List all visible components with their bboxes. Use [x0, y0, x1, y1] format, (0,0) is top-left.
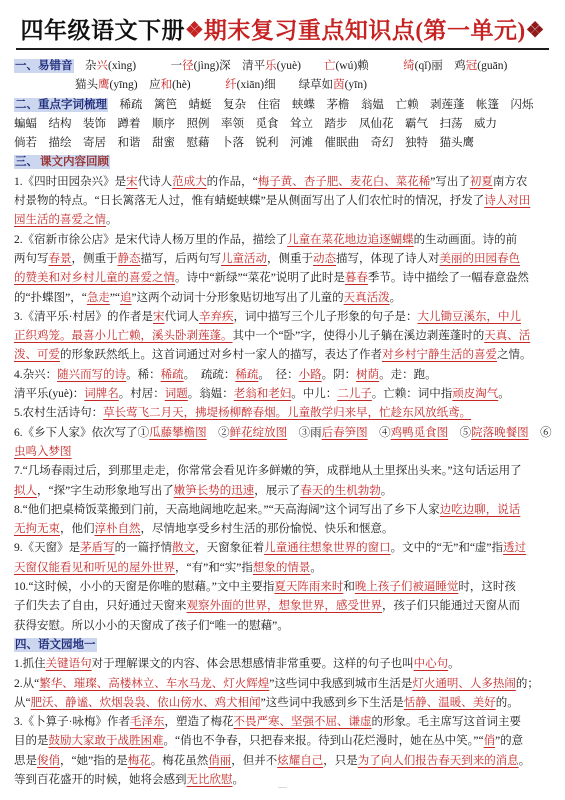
key-phrase: 静态: [118, 253, 141, 265]
text-run: 茵: [333, 79, 345, 91]
text-run: 。亡赖：词中指: [372, 388, 453, 400]
title-review-topic: 期末复习重点知识点(第一单元): [204, 18, 526, 43]
key-phrase: 辛弃疾: [199, 311, 234, 323]
key-phrase: 繁华、璀璨、高楼林立、车水马龙、灯火辉煌: [39, 678, 269, 690]
text-run: 纤: [225, 79, 237, 91]
text-run: ，尽情地享受乡村生活的那份愉悦、快乐和惬意。: [141, 523, 394, 535]
key-phrase: 透过: [503, 542, 526, 554]
key-phrase: 稀疏: [235, 369, 258, 381]
text-line: 二、重点字词梳理 稀疏 篱笆 蜻蜓 复杂 住宿 蛱蝶 茅檐 翁媪 亡赖 剥莲蓬 …: [14, 96, 551, 115]
text-line: 三、课文内容回顾: [14, 153, 551, 172]
text-line: 天窗仅能看见和听见的屋外世界，“有”和“实”指想象的情景。: [14, 559, 551, 578]
text-run: 获得安慰。所以小小的天窗成了孩子们“唯一的慰藉”。: [14, 620, 289, 632]
text-line: 3.《清平乐·村居》的作者是宋代词人辛弃疾，词中描写三个儿子形象的句子是：大儿锄…: [14, 308, 551, 327]
text-run: ，“她”指的是: [60, 755, 128, 767]
text-run: 子们失去了自由，只好通过天窗来: [14, 600, 187, 612]
text-line: 猫头鹰(yīng) 应和(hè) 纤(xiān)细 绿草如茵(yīn): [14, 76, 551, 95]
key-phrase: 院落晚餐图: [471, 427, 529, 439]
text-run: 8.“他们把桌椅饭菜搬到门前，天高地阔地吃起来。”“天高海阔”这个词写出了乡下人…: [14, 504, 440, 516]
text-run: 兴: [97, 60, 109, 72]
text-line: 的赞美和对乡村儿童的喜爱之情。诗中“新绿”“菜花”说明了此时是暮春季节。诗中描绘…: [14, 269, 551, 288]
text-run: 9.《天窗》是: [14, 542, 80, 554]
diamond-icon: ❖: [526, 18, 545, 42]
key-phrase: 动态: [313, 253, 336, 265]
text-run: ⑤: [448, 427, 471, 439]
text-run: ，孩子们只能通过天窗从而: [382, 600, 520, 612]
key-phrase: 暮春: [345, 272, 368, 284]
text-run: 鹰: [98, 79, 110, 91]
text-run: ，但并不: [231, 755, 277, 767]
key-phrase: 诗人对田: [484, 195, 530, 207]
text-run: ，只是: [323, 755, 358, 767]
text-run: 目的是: [14, 735, 49, 747]
key-phrase: 不畏严寒、坚强不屈、谦虚: [233, 716, 371, 728]
text-run: 对于理解课文的内容、体会思想感情非常重要。这样的句子也叫: [92, 658, 414, 670]
section-header: 课文内容回顾: [39, 155, 110, 169]
key-phrase: 的赞美和对乡村儿童的喜爱之情: [14, 272, 175, 284]
text-run: 冠: [466, 60, 478, 72]
page-title: 四年级语文下册❖期末复习重点知识点(第一单元)❖: [16, 0, 549, 50]
text-run: 2.从“: [14, 678, 39, 690]
key-phrase: 儿童通往想象世界的窗口: [264, 542, 391, 554]
text-run: 。: [448, 658, 460, 670]
text-run: 描写，后两句写: [141, 253, 222, 265]
key-phrase: 炫耀自己: [277, 755, 323, 767]
text-run: 南方农: [493, 176, 528, 188]
text-run: ”写出了: [430, 176, 470, 188]
text-run: 。 径：: [258, 369, 298, 381]
key-phrase: 宋: [153, 311, 165, 323]
key-phrase: 恬静、温暖、美好: [404, 697, 496, 709]
key-phrase: 梅花: [128, 755, 151, 767]
text-run: ，侧重于: [267, 253, 313, 265]
key-phrase: 儿童活动: [221, 253, 267, 265]
key-phrase: 茅盾写: [80, 542, 115, 554]
key-phrase: 俏丽: [208, 755, 231, 767]
key-phrase: 宋: [126, 176, 138, 188]
text-run: (wú)赖: [335, 60, 403, 72]
text-run: ，塑造了梅花: [164, 716, 233, 728]
key-phrase: 毛泽东: [130, 716, 165, 728]
text-line: 拟人，“探”字生动形象地写出了嫩笋长势的迅速，展示了春天的生机勃勃。: [14, 482, 551, 501]
text-run: 。: [519, 755, 531, 767]
text-run: 倘若 描绘 寄居 和谐 甜蜜 慰藉 卜落 锐利 河滩 催眠曲 奇幻 独特 猫头鹰: [14, 137, 474, 149]
text-run: ，天窗象征着: [195, 542, 264, 554]
text-run: (qǐ)丽 鸡: [415, 60, 466, 72]
key-phrase: 美丽的田园春色: [440, 253, 521, 265]
text-line: 泼、可爱的形象跃然纸上。这首词通过对乡村一家人的描写，表达了作者对乡村宁静生活的…: [14, 346, 551, 365]
text-run: 之情。: [497, 349, 532, 361]
text-run: ，“探”字生动形象地写出了: [37, 485, 174, 497]
key-phrase: 虫鸣入梦图: [14, 446, 72, 458]
key-phrase: 大儿锄豆溪东，中儿: [417, 311, 521, 323]
key-phrase: 边吃边聊，说话: [440, 504, 521, 516]
text-run: 5.农村生活诗句：: [14, 407, 103, 419]
text-run: ”“: [110, 292, 120, 304]
key-phrase: 夏天阵雨来时: [274, 581, 343, 593]
text-run: 清平乐(yuè)：: [14, 388, 84, 400]
key-phrase: 追: [120, 292, 132, 304]
text-line: 村景物的特点。“日长篱落无人过，惟有蜻蜓蛱蝶”是从侧面写出了人们农忙时的情况，抒…: [14, 192, 551, 211]
text-run: (yuè): [277, 60, 324, 72]
text-line: 目的是鼓励大家敢于战胜困难。“俏也不争春，只把春来报。待到山花烂漫时，她在丛中笑…: [14, 732, 551, 751]
text-run: ，词中描写三个儿子形象的句子是：: [233, 311, 417, 323]
text-run: 10.“这时候，小小的天窗是你唯的慰藉。”文中主要指: [14, 581, 274, 593]
text-run: ，“有”和“实”指: [175, 562, 253, 574]
worksheet-page: 四年级语文下册❖期末复习重点知识点(第一单元)❖ 一、易错音 杂兴(xìng) …: [0, 0, 565, 800]
text-line: 1.抓住关键语句对于理解课文的内容、体会思想感情非常重要。这样的句子也叫中心句。: [14, 655, 551, 674]
text-run: ”这些词中我感到城市生活是: [269, 678, 412, 690]
key-phrase: 小路: [299, 369, 322, 381]
text-line: 7.“几场春雨过后，到那里走走，你常常会看见许多鲜嫩的笋，成群地从土里探出头来。…: [14, 462, 551, 481]
text-line: 2.从“繁华、璀璨、高楼林立、车水马龙、灯火辉煌”这些词中我感到城市生活是灯火通…: [14, 675, 551, 694]
section-header: 四、语文园地一: [14, 638, 97, 652]
key-phrase: 二儿子: [337, 388, 372, 400]
text-run: ，侧重于: [72, 253, 118, 265]
text-run: 从“: [14, 697, 31, 709]
text-run: ，他们: [60, 523, 95, 535]
text-line: 正织鸡笼。最喜小儿亡赖，溪头卧剥莲蓬。其中一个“卧”字，使得小儿子躺在溪边剥莲蓬…: [14, 327, 551, 346]
key-phrase: 为了向人们报告春天到来的消息: [358, 755, 519, 767]
text-run: 1.《四时田园杂兴》是: [14, 176, 126, 188]
text-run: 和: [161, 79, 173, 91]
text-run: 3.《清平乐·村居》的作者是: [14, 311, 153, 323]
key-phrase: 词牌名: [84, 388, 119, 400]
text-run: ④: [368, 427, 391, 439]
text-run: 3.《卜算子·咏梅》作者: [14, 716, 130, 728]
text-run: 季节。诗中描绘了一幅春意盎然: [368, 272, 529, 284]
text-run: 2.《宿新市徐公店》是宋代诗人杨万里的作品，描绘了: [14, 234, 287, 246]
text-run: 。走：跑。: [379, 369, 437, 381]
text-run: 思是: [14, 755, 37, 767]
text-run: ”这些词中我感到乡下生活是: [261, 697, 404, 709]
text-run: (xìng) 一: [108, 60, 182, 72]
key-phrase: 对乡村宁静生活的喜爱: [382, 349, 497, 361]
text-run: 杂: [74, 60, 97, 72]
text-run: 时，这时孩: [458, 581, 516, 593]
key-phrase: 天真活泼: [344, 292, 390, 304]
text-run: (yīng) 应: [110, 79, 161, 91]
text-run: 。翁媪：: [188, 388, 234, 400]
section-header: 二、重点字词梳理: [14, 98, 108, 112]
text-run: 代词人: [164, 311, 199, 323]
text-line: 6.《乡下人家》依次写了①瓜藤攀檐图 ②鲜花绽放图 ③雨后春笋图 ④鸡鸭觅食图 …: [14, 424, 551, 443]
text-run: 。文中的“无”和“虚”指: [391, 542, 503, 554]
text-line: 清平乐(yuè)：词牌名。村居：词题。翁媪：老翁和老妇。中儿：二儿子。亡赖：词中…: [14, 385, 551, 404]
text-run: 其中一个“卧”字，使得小儿子躺在溪边剥莲蓬时的: [233, 330, 485, 342]
text-run: 稀疏 篱笆 蜻蜓 复杂 住宿 蛱蝶 茅檐 翁媪 亡赖 剥莲蓬 帐篷 闪烁: [108, 99, 534, 111]
text-run: 。诗中“新绿”“菜花”说明了此时是: [175, 272, 345, 284]
text-line: 无拘无束，他们淳朴自然，尽情地享受乡村生活的那份愉悦、快乐和惬意。: [14, 520, 551, 539]
key-phrase: 稀疏: [161, 369, 184, 381]
key-phrase: 拟人: [14, 485, 37, 497]
key-phrase: 俏: [484, 735, 496, 747]
text-run: 4.杂兴：: [14, 369, 57, 381]
key-phrase: 梅子黄、杏子肥、麦花白、菜花稀: [258, 176, 431, 188]
text-run: 的形象。毛主席写这首词主要: [371, 716, 521, 728]
text-run: 。中儿：: [291, 388, 337, 400]
text-run: 描写，体现了诗人对: [336, 253, 440, 265]
key-phrase: 鲜花绽放图: [230, 427, 288, 439]
key-phrase: 灯火通明、人多热闹: [412, 678, 516, 690]
text-run: 。“俏也不争春，只把春来报。待到山花烂漫时，她在丛中笑。”“: [164, 735, 484, 747]
text-run: ②: [207, 427, 230, 439]
text-run: 1.抓住: [14, 658, 46, 670]
key-phrase: 关键语句: [46, 658, 92, 670]
text-run: 的。: [496, 697, 519, 709]
text-line: 倘若 描绘 寄居 和谐 甜蜜 慰藉 卜落 锐利 河滩 催眠曲 奇幻 独特 猫头鹰: [14, 134, 551, 153]
key-phrase: 观察外面的世界，想象世界，感受世界: [187, 600, 383, 612]
text-line: 8.“他们把桌椅饭菜搬到门前，天高地阔地吃起来。”“天高海阔”这个词写出了乡下人…: [14, 501, 551, 520]
text-run: ⑥: [529, 427, 552, 439]
text-run: 。稀：: [126, 369, 161, 381]
text-run: 。: [310, 562, 322, 574]
key-phrase: 想象的情景: [253, 562, 311, 574]
key-phrase: 肥沃、静谧、炊烟袅袅、依山傍水、鸡犬相闻: [31, 697, 261, 709]
text-run: 村景物的特点。“日长篱落无人过，惟有蜻蜓蛱蝶”是从侧面写出了人们农忙时的情况，抒…: [14, 195, 484, 207]
key-phrase: 鸡鸭觅食图: [391, 427, 449, 439]
key-phrase: 顽皮淘气: [452, 388, 498, 400]
text-line: 2.《宿新市徐公店》是宋代诗人杨万里的作品，描绘了儿童在菜花地边追逐蝴蝶的生动画…: [14, 231, 551, 250]
text-line: 一、易错音 杂兴(xìng) 一径(jìng)深 清平乐(yuè) 亡(wú)赖…: [14, 57, 551, 76]
text-line: 1.《四时田园杂兴》是宋代诗人范成大的作品，“梅子黄、杏子肥、麦花白、菜花稀”写…: [14, 173, 551, 192]
text-line: 获得安慰。所以小小的天窗成了孩子们“唯一的慰藉”。: [14, 617, 551, 636]
text-run: 。: [381, 485, 393, 497]
text-line: 四、语文园地一: [14, 636, 551, 655]
text-run: 。: [106, 214, 118, 226]
text-run: 的“扑蝶图”，“: [14, 292, 87, 304]
text-line: 园生活的喜爱之情。: [14, 211, 551, 230]
key-phrase: 正织鸡笼。最喜小儿亡赖，溪头卧剥莲蓬。: [14, 330, 233, 342]
text-run: 和: [343, 581, 355, 593]
text-line: 两句写春景，侧重于静态描写，后两句写儿童活动，侧重于动态描写，体现了诗人对美丽的…: [14, 250, 551, 269]
text-run: 代诗人: [138, 176, 173, 188]
key-phrase: 急走: [87, 292, 110, 304]
key-phrase: 草长莺飞二月天，拂堤杨柳醉春烟。儿童散学归来早，忙趁东风放纸鸢。: [103, 407, 471, 419]
page-footer-mark: —: [0, 782, 565, 792]
text-run: 径: [182, 60, 194, 72]
key-phrase: 中心句: [414, 658, 449, 670]
key-phrase: 春天的生机勃勃: [300, 485, 381, 497]
text-line: 4.杂兴：随兴而写的诗。稀：稀疏。 疏疏：稀疏。 径：小路。阴：树荫。走：跑。: [14, 366, 551, 385]
text-run: 。梅花虽然: [151, 755, 209, 767]
diamond-icon: ❖: [185, 18, 204, 42]
key-phrase: 无拘无束: [14, 523, 60, 535]
text-line: 9.《天窗》是茅盾写的一篇抒情散文，天窗象征着儿童通往想象世界的窗口。文中的“无…: [14, 539, 551, 558]
document-body: 一、易错音 杂兴(xìng) 一径(jìng)深 清平乐(yuè) 亡(wú)赖…: [0, 50, 565, 790]
key-phrase: 词题: [165, 388, 188, 400]
key-phrase: 老翁和老妇: [234, 388, 292, 400]
text-run: 猫头: [75, 79, 98, 91]
text-run: (hè): [172, 79, 225, 91]
key-phrase: 园生活的喜爱之情: [14, 214, 106, 226]
text-run: 7.“几场春雨过后，到那里走走，你常常会看见许多鲜嫩的笋，成群地从土里探出头来。…: [14, 465, 522, 477]
key-phrase: 春景: [49, 253, 72, 265]
text-run: (xiān)细 绿草如: [237, 79, 333, 91]
key-phrase: 鼓励大家敢于战胜困难: [49, 735, 164, 747]
key-phrase: 泼、可爱: [14, 349, 60, 361]
text-run: ，展示了: [254, 485, 300, 497]
text-run: 的形象跃然纸上。这首词通过对乡村一家人的描写，表达了作者: [60, 349, 382, 361]
text-run: 的作品，“: [207, 176, 258, 188]
section-header: 三、: [14, 155, 39, 169]
text-run: 亡: [324, 60, 336, 72]
key-phrase: 天窗仅能看见和听见的屋外世界: [14, 562, 175, 574]
text-line: 从“肥沃、静谧、炊烟袅袅、依山傍水、鸡犬相闻”这些词中我感到乡下生活是恬静、温暖…: [14, 694, 551, 713]
text-run: 绮: [403, 60, 415, 72]
text-line: 蝙蝠 结构 装饰 蹲着 顺序 照例 率领 觅食 耸立 踏步 凤仙花 霸气 扫荡 …: [14, 115, 551, 134]
text-run: (jìng)深 清平: [194, 60, 266, 72]
key-phrase: 初夏: [470, 176, 493, 188]
section-header: 一、易错音: [14, 59, 74, 73]
text-run: ”这两个动词十分形象贴切地写出了儿童的: [132, 292, 344, 304]
text-run: 的生动画面。诗的前: [414, 234, 518, 246]
key-phrase: 儿童在菜花地边追逐蝴蝶: [287, 234, 414, 246]
text-line: 子们失去了自由，只好通过天窗来观察外面的世界，想象世界，感受世界，孩子们只能通过…: [14, 597, 551, 616]
text-run: 。村居：: [119, 388, 165, 400]
text-run: 。: [390, 292, 402, 304]
text-run: 的；: [516, 678, 539, 690]
key-phrase: 俊俏: [37, 755, 60, 767]
text-run: 。 疏疏：: [184, 369, 236, 381]
key-phrase: 嫩笋长势的迅速: [174, 485, 255, 497]
text-line: 的“扑蝶图”，“急走”“追”这两个动词十分形象贴切地写出了儿童的天真活泼。: [14, 289, 551, 308]
text-run: 6.《乡下人家》依次写了①: [14, 427, 149, 439]
text-line: 虫鸣入梦图: [14, 443, 551, 462]
key-phrase: 随兴而写的诗: [57, 369, 126, 381]
text-run: 蝙蝠 结构 装饰 蹲着 顺序 照例 率领 觅食 耸立 踏步 凤仙花 霸气 扫荡 …: [14, 118, 497, 130]
text-line: 思是俊俏，“她”指的是梅花。梅花虽然俏丽，但并不炫耀自己，只是为了向人们报告春天…: [14, 752, 551, 771]
text-run: 。: [498, 388, 510, 400]
key-phrase: 天真、活: [484, 330, 530, 342]
key-phrase: 范成大: [172, 176, 207, 188]
text-line: 3.《卜算子·咏梅》作者毛泽东，塑造了梅花不畏严寒、坚强不屈、谦虚的形象。毛主席…: [14, 713, 551, 732]
text-run: ”的意: [495, 735, 523, 747]
title-course-name: 四年级语文下册: [21, 18, 186, 43]
key-phrase: 瓜藤攀檐图: [149, 427, 207, 439]
text-run: 。阴：: [322, 369, 357, 381]
text-run: 的一篇抒情: [115, 542, 173, 554]
key-phrase: 晚上孩子们被逼睡觉: [355, 581, 459, 593]
text-run: 两句写: [14, 253, 49, 265]
text-run: ③雨: [287, 427, 322, 439]
key-phrase: 树荫: [356, 369, 379, 381]
key-phrase: 散文: [172, 542, 195, 554]
text-run: 乐: [265, 60, 277, 72]
key-phrase: 后春笋图: [322, 427, 368, 439]
text-run: (yīn): [345, 79, 367, 91]
text-line: 10.“这时候，小小的天窗是你唯的慰藉。”文中主要指夏天阵雨来时和晚上孩子们被逼…: [14, 578, 551, 597]
key-phrase: 淳朴自然: [95, 523, 141, 535]
text-run: (guān): [477, 60, 507, 72]
text-line: 5.农村生活诗句：草长莺飞二月天，拂堤杨柳醉春烟。儿童散学归来早，忙趁东风放纸鸢…: [14, 404, 551, 423]
